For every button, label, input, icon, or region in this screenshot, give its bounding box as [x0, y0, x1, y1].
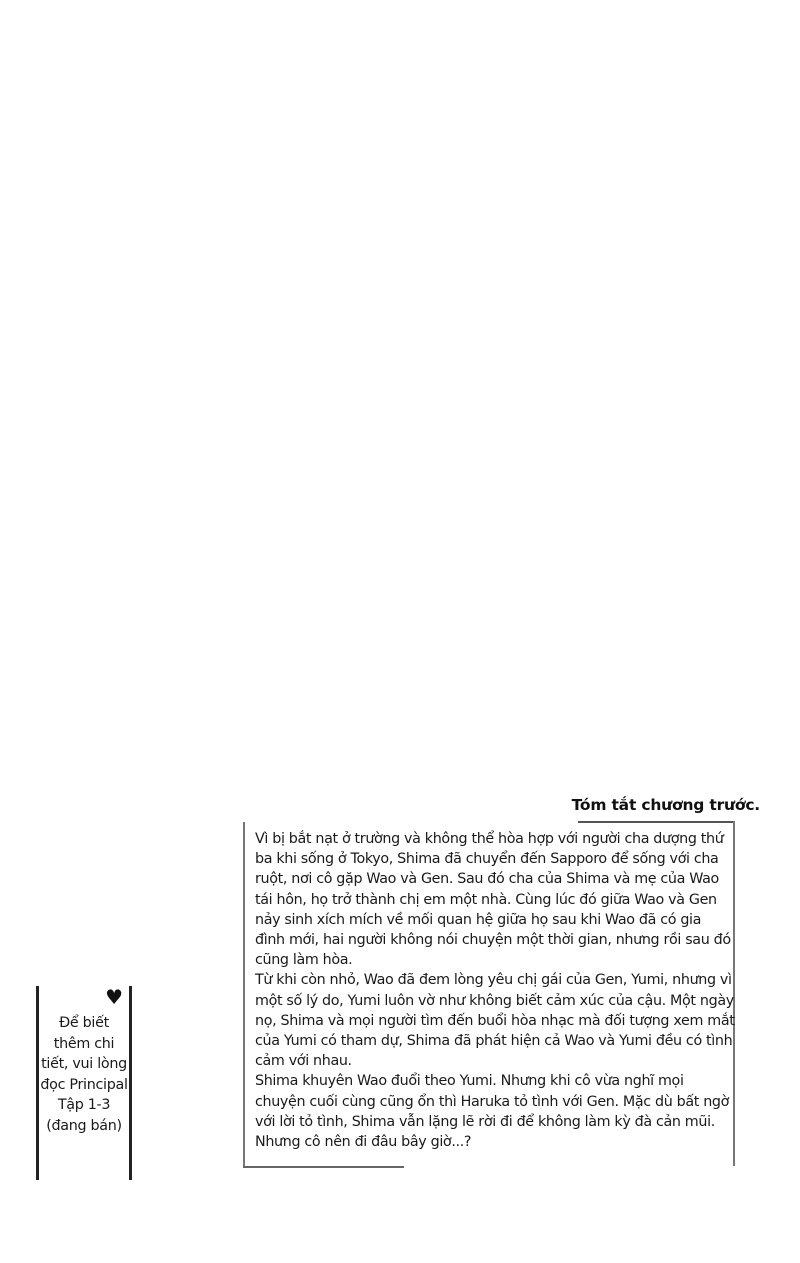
summary-body: Vì bị bắt nạt ở trường và không thể hòa …: [255, 829, 735, 1152]
left-border-rule: [243, 822, 245, 1168]
bottom-border-rule: [243, 1166, 404, 1168]
summary-paragraph: Từ khi còn nhỏ, Wao đã đem lòng yêu chị …: [255, 970, 735, 1071]
side-note-box: ♥ Để biết thêm chi tiết, vui lòng đọc Pr…: [36, 986, 132, 1180]
summary-paragraph: Shima khuyên Wao đuổi theo Yumi. Nhưng k…: [255, 1071, 735, 1152]
summary-paragraph: Vì bị bắt nạt ở trường và không thể hòa …: [255, 829, 735, 970]
heart-icon: ♥: [105, 986, 123, 1008]
summary-title: Tóm tắt chương trước.: [560, 796, 760, 814]
top-border-rule: [578, 821, 734, 823]
side-note-text: Để biết thêm chi tiết, vui lòng đọc Prin…: [39, 1013, 129, 1137]
